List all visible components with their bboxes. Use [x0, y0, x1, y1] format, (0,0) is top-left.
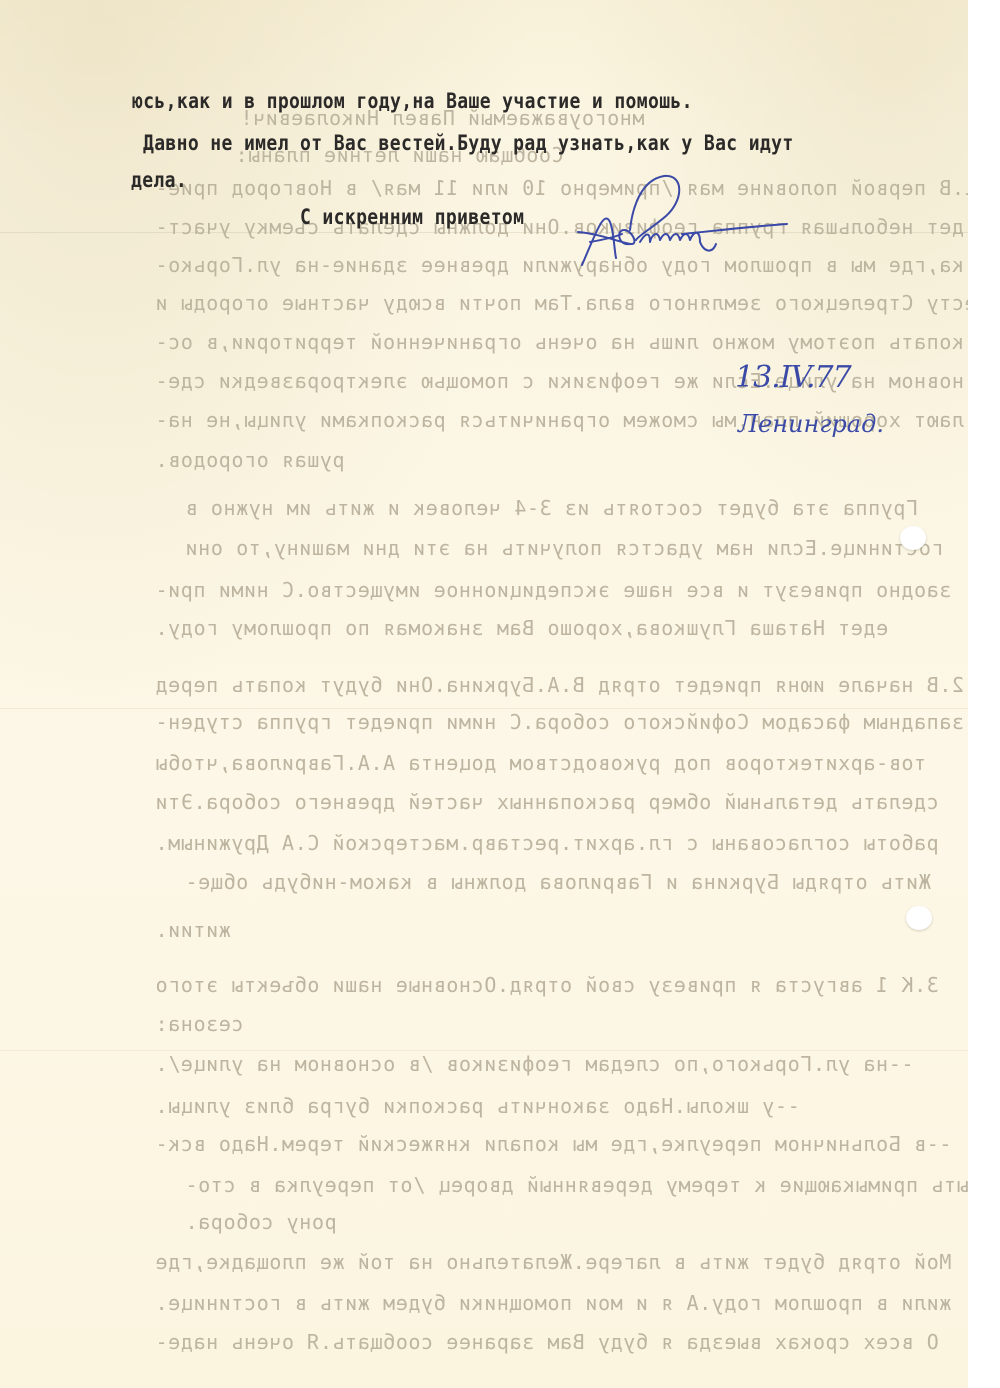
bleed-line: Мой отряд будет жить в лагере.Желательно…: [155, 1250, 951, 1274]
bleed-line: западным фасадом Софийского собора.С ним…: [155, 710, 964, 734]
bleed-line: Жить отряды Буркина и Гаврилова должны в…: [185, 870, 931, 894]
bleed-line: --на ул.Горького,по следам геофизиков /в…: [155, 1052, 913, 1076]
letter-line: дела.: [131, 167, 187, 193]
paper-crease: [0, 1050, 968, 1051]
bleed-line: заодно привезут и все наше экспедиционно…: [155, 578, 951, 602]
letter-line: Давно не имел от Вас вестей.Буду рад узн…: [143, 130, 794, 156]
bleed-line: житии.: [155, 918, 231, 942]
bleed-line: сезона:: [155, 1012, 244, 1036]
bleed-line: го,на месту Стрелецкого земляного вала.Т…: [155, 291, 968, 315]
bleed-line: ка,где мы в прошлом году обнаружили древ…: [155, 253, 964, 277]
bleed-line: тов-архитекторов под руководством доцент…: [155, 751, 926, 775]
bleed-line: жили в прошлом году.А я и мои помощники …: [155, 1291, 951, 1315]
signature-icon: [572, 170, 792, 270]
paper-crease: [0, 708, 968, 709]
handwritten-date: 13.IV.77: [735, 360, 851, 395]
bleed-line: Группа эта будет состоять из 3-4 человек…: [185, 496, 918, 520]
bleed-line: едет Наташа Глушкова,хорошо Вам знакомая…: [155, 616, 888, 640]
bleed-line: рону собора.: [185, 1210, 337, 1234]
bleed-line: 1.В первой половине мая /примерно 10 или…: [155, 176, 968, 200]
bleed-line: работы согласованы с гл.архит.реставр.ма…: [155, 831, 939, 855]
bleed-line: О всех сроках выезда я буду Вам заранее …: [155, 1330, 939, 1354]
bleed-line: сделать детальный обмер раскопанных част…: [155, 790, 939, 814]
closing-salutation: С искренним приветом: [300, 204, 524, 230]
punch-hole: [906, 906, 932, 930]
bleed-line: --у школы.Надо закончить раскопки бугра …: [155, 1094, 800, 1118]
bleed-line: копать поэтому можно лишь на очень огран…: [155, 330, 964, 354]
bleed-line: 2.В начале июня приедет отряд В.А.Буркин…: [155, 673, 964, 697]
bleed-line: рыть примыкающие к терему деревянный дво…: [185, 1173, 968, 1197]
handwritten-place: Ленинград.: [738, 410, 884, 438]
punch-hole: [900, 526, 926, 550]
bleed-line: рушая огородов.: [155, 448, 345, 472]
bleed-line: дет небольшая группа геофизиков.Они долж…: [155, 215, 964, 239]
bleed-line: гостинице.Если нам удастся получить на э…: [185, 536, 943, 560]
letter-line: юсь,как и в прошлом году,на Ваше участие…: [132, 88, 693, 114]
bleed-line: 3.К 1 августа я привезу свой отряд.Основ…: [155, 973, 939, 997]
letter-page: многоуважаемый Павел Николаевич! Сообщаю…: [0, 0, 968, 1388]
bleed-line: --в Больничном переулке,где мы копали кн…: [155, 1132, 951, 1156]
